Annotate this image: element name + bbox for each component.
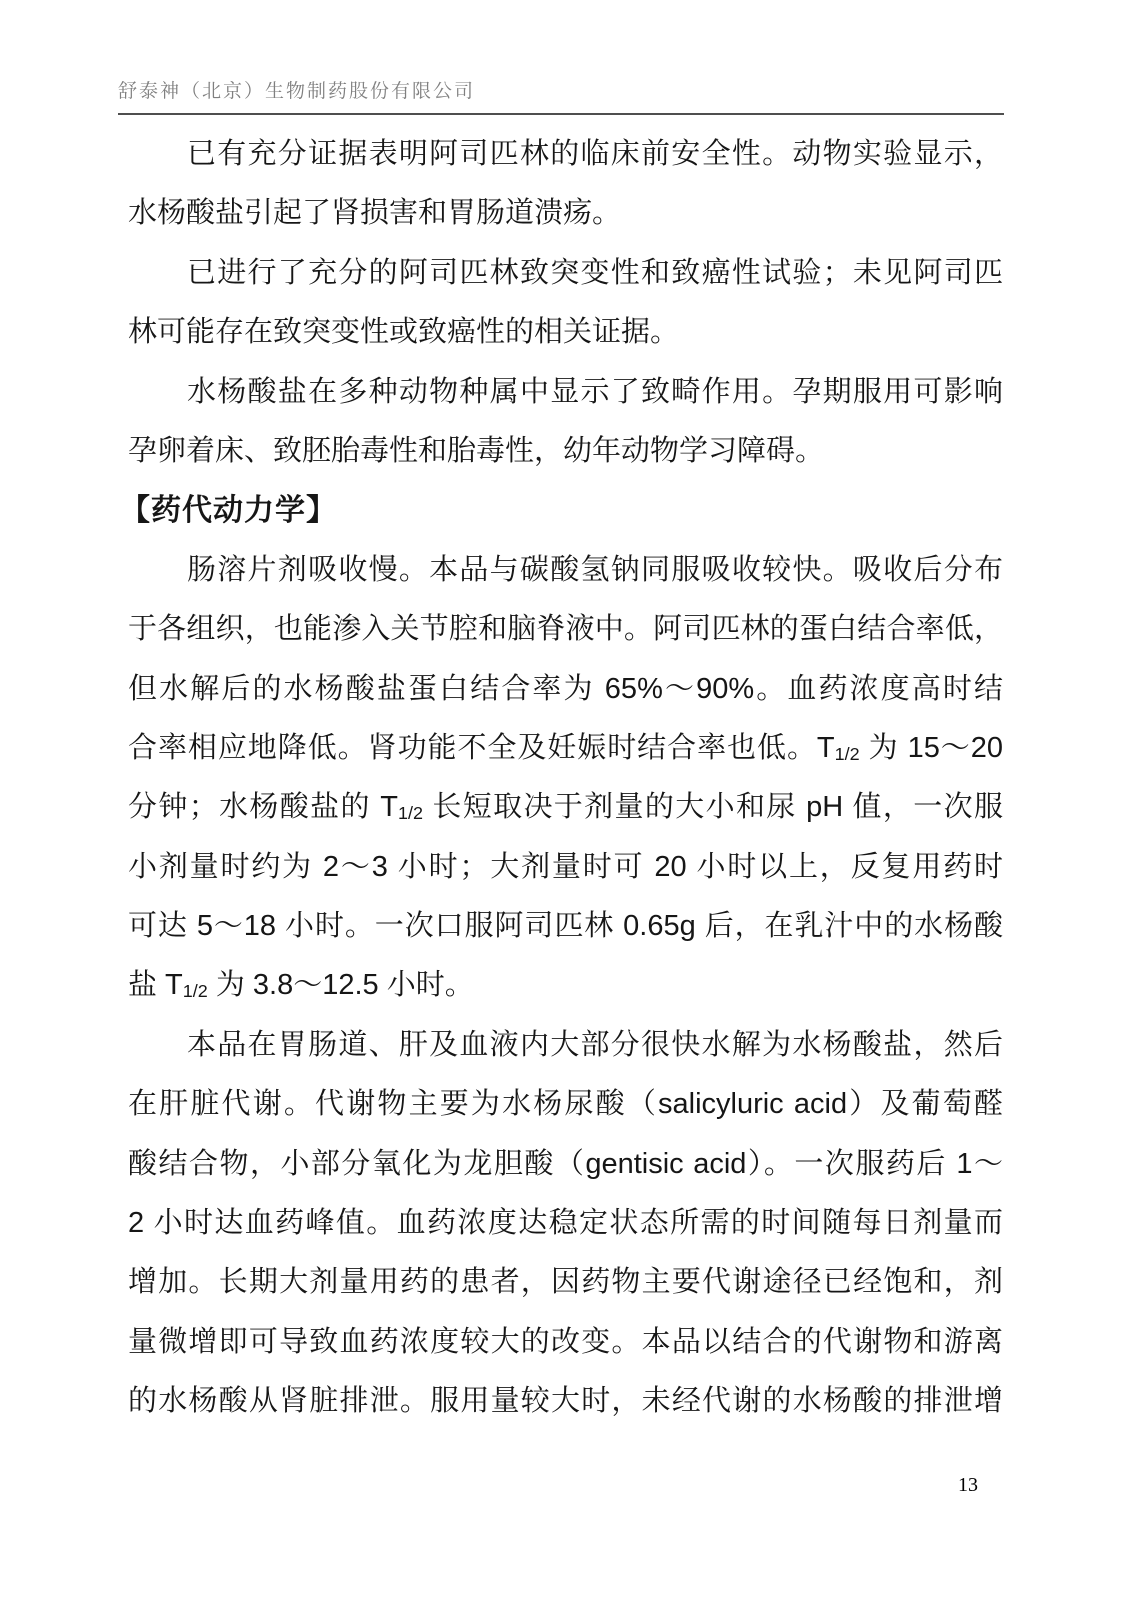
document-page: 舒泰神（北京）生物制药股份有限公司 已有充分证据表明阿司匹林的临床前安全性。动物… (0, 0, 1131, 1600)
text-line: 量微增即可导致血药浓度较大的改变。本品以结合的代谢物和游离 (128, 1313, 1003, 1372)
text-line: 的水杨酸从肾脏排泄。服用量较大时，未经代谢的水杨酸的排泄增 (128, 1372, 1003, 1431)
text-line: 水杨酸盐引起了肾损害和胃肠道溃疡。 (128, 184, 1003, 243)
text-line: 可达 5～18 小时。一次口服阿司匹林 0.65g 后，在乳汁中的水杨酸 (128, 897, 1003, 956)
paragraph: 已进行了充分的阿司匹林致突变性和致癌性试验；未见阿司匹林可能存在致突变性或致癌性… (128, 244, 1003, 363)
paragraph: 水杨酸盐在多种动物种属中显示了致畸作用。孕期服用可影响孕卵着床、致胚胎毒性和胎毒… (128, 363, 1003, 482)
text-line: 水杨酸盐在多种动物种属中显示了致畸作用。孕期服用可影响 (128, 363, 1003, 422)
paragraph: 已有充分证据表明阿司匹林的临床前安全性。动物实验显示，水杨酸盐引起了肾损害和胃肠… (128, 125, 1003, 244)
text-line: 孕卵着床、致胚胎毒性和胎毒性，幼年动物学习障碍。 (128, 422, 1003, 481)
text-line: 已有充分证据表明阿司匹林的临床前安全性。动物实验显示， (128, 125, 1003, 184)
subscript: 1/2 (183, 982, 208, 1002)
subscript: 1/2 (398, 804, 423, 824)
text-line: 酸结合物，小部分氧化为龙胆酸（gentisic acid）。一次服药后 1～ (128, 1135, 1003, 1194)
text-line: 在肝脏代谢。代谢物主要为水杨尿酸（salicyluric acid）及葡萄醛 (128, 1075, 1003, 1134)
subscript: 1/2 (835, 744, 860, 764)
text-line: 于各组织，也能渗入关节腔和脑脊液中。阿司匹林的蛋白结合率低， (128, 600, 1003, 659)
text-line: 增加。长期大剂量用药的患者，因药物主要代谢途径已经饱和，剂 (128, 1253, 1003, 1312)
text-line: 小剂量时约为 2～3 小时；大剂量时可 20 小时以上，反复用药时 (128, 838, 1003, 897)
document-body: 已有充分证据表明阿司匹林的临床前安全性。动物实验显示，水杨酸盐引起了肾损害和胃肠… (128, 125, 1003, 1432)
page-header-company-name: 舒泰神（北京）生物制药股份有限公司 (118, 76, 1004, 115)
text-line: 合率相应地降低。肾功能不全及妊娠时结合率也低。T1/2 为 15～20 (128, 719, 1003, 778)
text-line: 分钟；水杨酸盐的 T1/2 长短取决于剂量的大小和尿 pH 值，一次服 (128, 778, 1003, 837)
text-line: 盐 T1/2 为 3.8～12.5 小时。 (128, 956, 1003, 1015)
text-line: 肠溶片剂吸收慢。本品与碳酸氢钠同服吸收较快。吸收后分布 (128, 541, 1003, 600)
text-line: 已进行了充分的阿司匹林致突变性和致癌性试验；未见阿司匹 (128, 244, 1003, 303)
text-line: 林可能存在致突变性或致癌性的相关证据。 (128, 303, 1003, 362)
paragraph: 肠溶片剂吸收慢。本品与碳酸氢钠同服吸收较快。吸收后分布于各组织，也能渗入关节腔和… (128, 541, 1003, 1016)
text-line: 2 小时达血药峰值。血药浓度达稳定状态所需的时间随每日剂量而 (128, 1194, 1003, 1253)
paragraph: 本品在胃肠道、肝及血液内大部分很快水解为水杨酸盐，然后在肝脏代谢。代谢物主要为水… (128, 1016, 1003, 1432)
text-line: 但水解后的水杨酸盐蛋白结合率为 65%～90%。血药浓度高时结 (128, 660, 1003, 719)
page-number: 13 (958, 1474, 978, 1497)
section-heading: 【药代动力学】 (120, 481, 1003, 540)
text-line: 本品在胃肠道、肝及血液内大部分很快水解为水杨酸盐，然后 (128, 1016, 1003, 1075)
